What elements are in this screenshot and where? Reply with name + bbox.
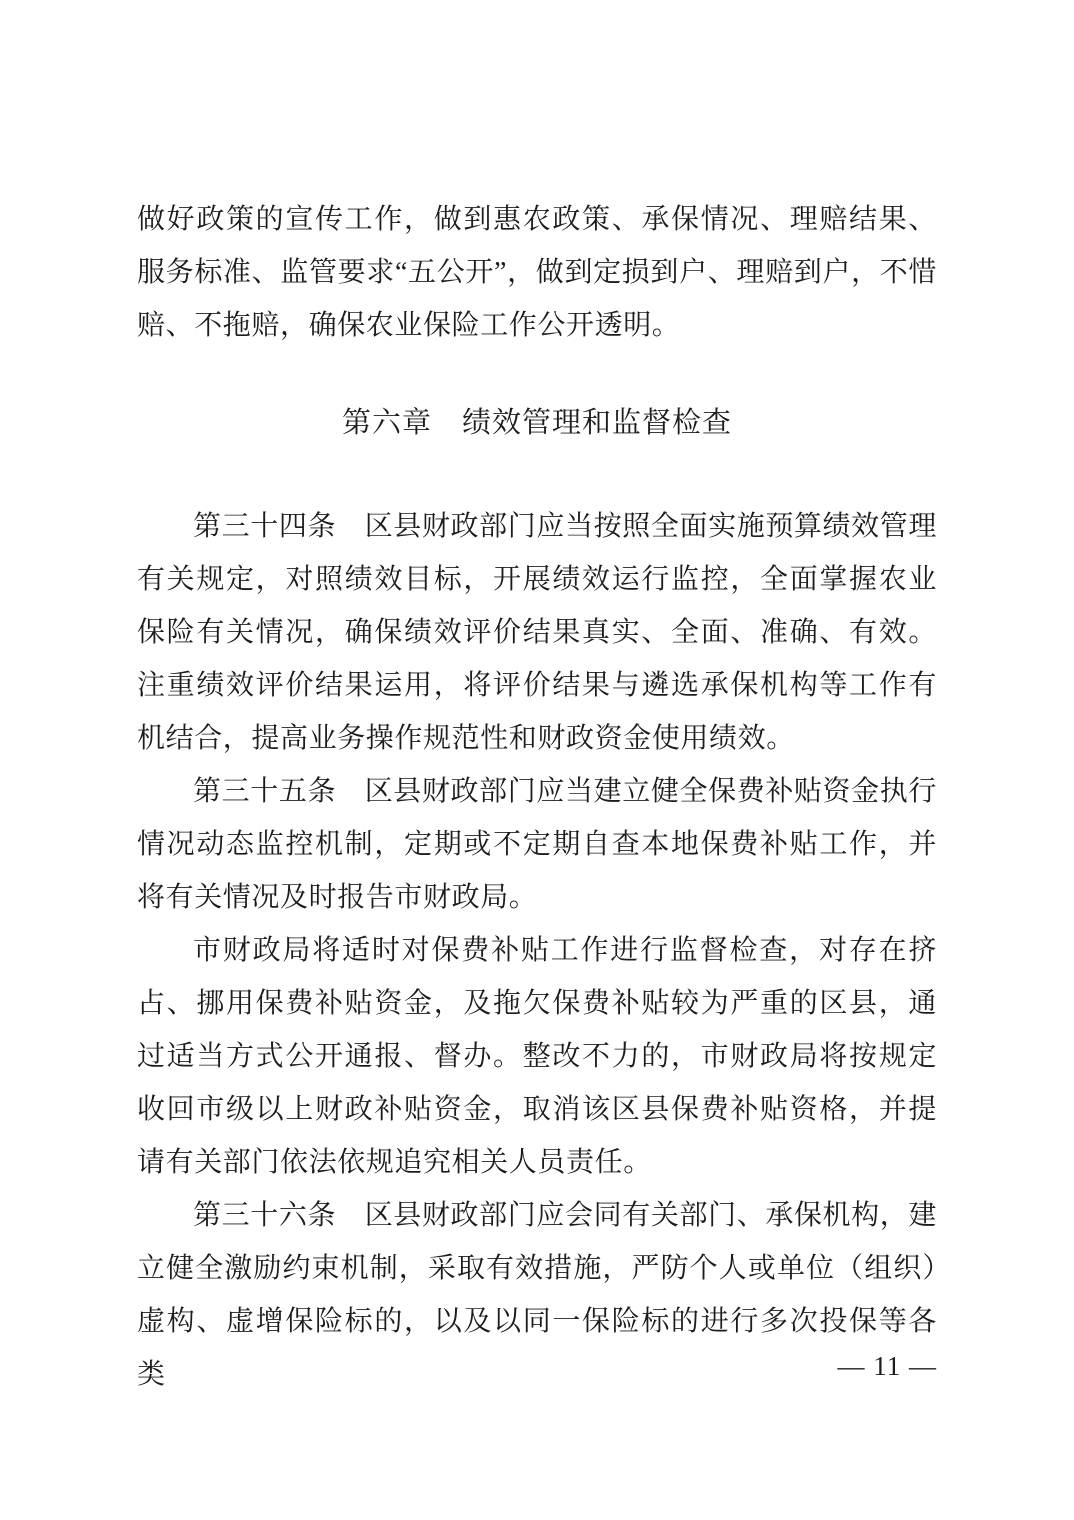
paragraph-article-35-supervision: 市财政局将适时对保费补贴工作进行监督检查，对存在挤占、挪用保费补贴资金，及拖欠保… [137,924,937,1189]
paragraph-article-35: 第三十五条 区县财政部门应当建立健全保费补贴资金执行情况动态监控机制，定期或不定… [137,765,937,924]
paragraph-article-34: 第三十四条 区县财政部门应当按照全面实施预算绩效管理有关规定，对照绩效目标，开展… [137,500,937,765]
chapter-heading-6: 第六章 绩效管理和监督检查 [137,397,937,450]
page-number: — 11 — [137,1346,937,1386]
paragraph-policy-publicity: 做好政策的宣传工作，做到惠农政策、承保情况、理赔结果、服务标准、监管要求“五公开… [137,193,937,352]
document-body: 做好政策的宣传工作，做到惠农政策、承保情况、理赔结果、服务标准、监管要求“五公开… [137,193,937,1401]
document-page: 做好政策的宣传工作，做到惠农政策、承保情况、理赔结果、服务标准、监管要求“五公开… [0,0,1074,1520]
